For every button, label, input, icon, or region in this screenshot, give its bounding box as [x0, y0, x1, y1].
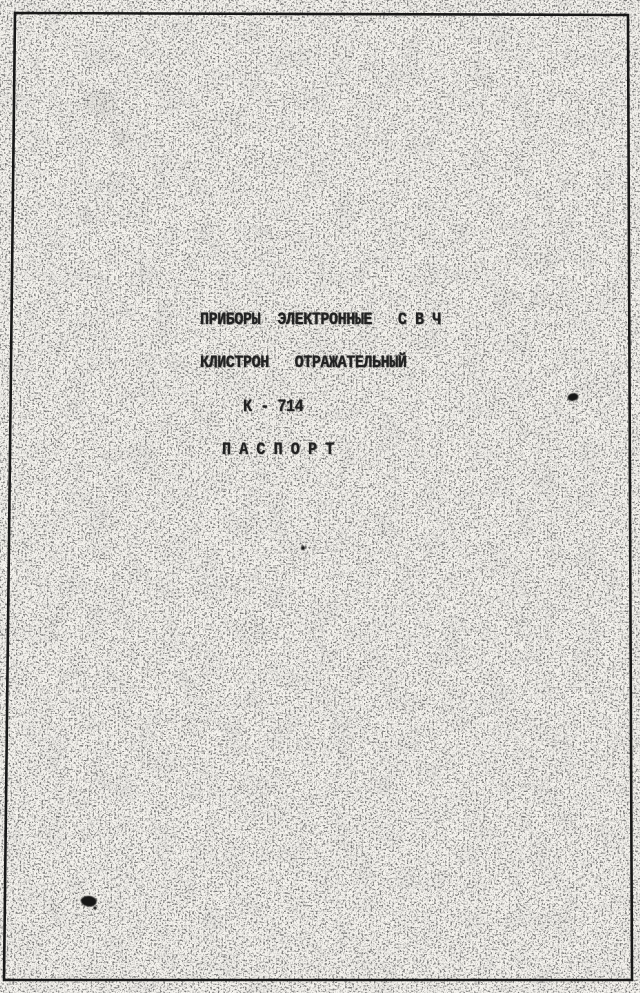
- scanned-passport-cover-page: ПРИБОРЫ ЭЛЕКТРОННЫЕ С В Ч КЛИСТРОН ОТРАЖ…: [0, 0, 640, 993]
- grain-specks-fine: [0, 0, 640, 993]
- scan-texture-layer: [0, 0, 640, 993]
- ink-blot-tail: [93, 906, 96, 909]
- title-line-model-number: К - 714: [243, 398, 303, 416]
- title-line-device-type: КЛИСТРОН ОТРАЖАТЕЛЬНЫЙ: [200, 354, 406, 372]
- ink-speck-center: [301, 546, 305, 550]
- title-line-passport: П А С П О Р Т: [222, 441, 334, 459]
- title-line-device-category: ПРИБОРЫ ЭЛЕКТРОННЫЕ С В Ч: [200, 311, 441, 329]
